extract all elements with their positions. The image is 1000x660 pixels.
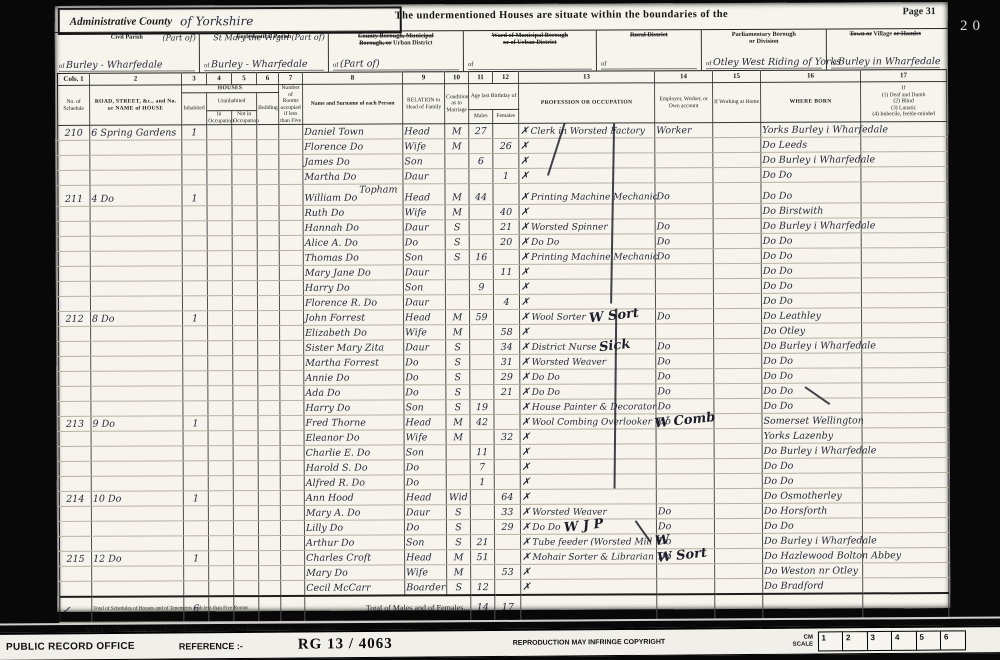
cell-relation: Do	[404, 370, 446, 385]
district-box: Town or Village or Hamletof Burley in Wh…	[827, 29, 944, 70]
cell-relation: Son	[403, 280, 445, 295]
cell-uninhabited-occ	[207, 296, 232, 311]
cell-building	[258, 490, 280, 505]
cell-age-male: 11	[470, 445, 494, 460]
totals-males-females-label: Total of Males and of Females...	[305, 595, 471, 621]
cell-schedule	[59, 506, 91, 521]
cell-at-home	[713, 203, 761, 218]
cell-relation: Head	[403, 124, 445, 139]
cell-relation: Do	[404, 460, 446, 475]
cell-schedule	[59, 431, 91, 446]
cell-uninhabited-notocc	[233, 476, 258, 491]
cell-employer: Do	[656, 354, 714, 369]
cell-uninhabited-notocc	[234, 551, 259, 566]
cell-uninhabited-notocc	[233, 461, 258, 476]
cell-uninhabited-occ	[207, 170, 232, 185]
cell-relation: Do	[404, 475, 446, 490]
cell-employer	[657, 564, 715, 579]
col-header-females: Females	[493, 109, 519, 123]
cm-scale-label: CM SCALE	[793, 635, 813, 648]
cell-where-born: Do Leathley	[762, 308, 862, 323]
cell-schedule	[59, 326, 91, 341]
cell-condition: S	[445, 220, 469, 235]
cell-at-home	[713, 182, 761, 203]
cell-infirmity	[861, 278, 947, 293]
cell-uninhabited-occ	[208, 401, 233, 416]
cell-uninhabited-notocc	[232, 140, 257, 155]
cell-inhabited	[183, 521, 208, 536]
film-frame-number: 20	[960, 18, 985, 35]
cell-where-born: Do Do	[761, 248, 861, 263]
district-label: Parliamentary Boroughor Division	[702, 31, 826, 46]
cell-rooms	[280, 325, 304, 340]
cell-inhabited	[183, 356, 208, 371]
column-number: 5	[231, 73, 256, 85]
district-label: Town or Village or Hamlet	[827, 30, 944, 38]
district-box: Parliamentary Boroughor Divisionof Otley…	[702, 30, 827, 71]
administrative-county-box: Administrative County of Yorkshire	[58, 6, 402, 35]
cell-rooms	[281, 565, 305, 580]
cell-schedule	[59, 521, 91, 536]
cell-employer	[656, 489, 714, 504]
cell-infirmity	[861, 293, 947, 308]
column-number: 3	[181, 73, 206, 85]
cell-uninhabited-occ	[208, 506, 233, 521]
cell-address	[90, 266, 182, 281]
cell-relation: Wife	[405, 565, 447, 580]
cell-name: Alice A. Do	[303, 235, 403, 250]
cell-address	[90, 170, 182, 185]
cell-where-born: Do Do	[761, 233, 861, 248]
cell-uninhabited-notocc	[234, 566, 259, 581]
cell-where-born: Do Weston nr Otley	[763, 563, 863, 578]
cell-building	[258, 445, 280, 460]
cell-schedule	[58, 281, 90, 296]
cell-age-female: 26	[493, 138, 519, 153]
cell-at-home	[714, 368, 762, 383]
cell-age-female: 21	[493, 219, 519, 234]
cell-occupation	[520, 489, 656, 505]
cell-name: Fred Thorne	[304, 415, 404, 430]
boundary-statement: The undermentioned Houses are situate wi…	[395, 9, 765, 22]
cell-inhabited	[183, 431, 208, 446]
cell-where-born: Do Do	[762, 368, 862, 383]
cell-age-female	[494, 399, 520, 414]
cell-address	[92, 566, 184, 581]
cell-at-home	[714, 443, 762, 458]
col-header-schedule: No. of Schedule	[58, 85, 90, 125]
cell-building	[257, 169, 279, 184]
cell-age-male: 42	[470, 415, 494, 430]
cell-address	[92, 581, 184, 597]
cell-occupation	[519, 279, 655, 295]
cell-employer	[655, 138, 713, 153]
cell-occupation: Do Do	[519, 234, 655, 250]
cell-inhabited: 1	[184, 551, 209, 566]
cell-rooms	[279, 265, 303, 280]
district-box: Rural Districtof	[597, 30, 702, 70]
cell-building	[257, 235, 279, 250]
cell-schedule	[59, 386, 91, 401]
cell-name: Florence Do	[303, 139, 403, 154]
cell-where-born: Do Otley	[762, 323, 862, 338]
cell-uninhabited-occ	[208, 311, 233, 326]
cell-at-home	[713, 263, 761, 278]
cell-age-female: 20	[493, 234, 519, 249]
cell-age-female: 33	[494, 504, 520, 519]
cell-where-born: Do Burley i Wharfedale	[762, 533, 862, 548]
cell-inhabited	[183, 326, 208, 341]
cell-occupation	[519, 204, 655, 220]
cell-name: Daniel Town	[303, 124, 403, 139]
cell-age-male	[470, 340, 494, 355]
cell-age-female	[494, 309, 520, 324]
cell-rooms	[280, 340, 304, 355]
cell-at-home	[715, 563, 763, 578]
col-header-not-in-occupation: Not in Occupation	[232, 111, 257, 125]
cell-building	[257, 184, 279, 205]
cell-inhabited	[182, 281, 207, 296]
cell-at-home	[713, 137, 761, 152]
cell-condition	[445, 280, 469, 295]
page-number: Page 31	[903, 6, 936, 17]
cell-age-male	[469, 169, 493, 184]
reference-label: REFERENCE :-	[179, 641, 243, 652]
col-header-males: Males	[469, 110, 493, 124]
cell-occupation	[519, 153, 655, 169]
cell-age-female: 4	[493, 294, 519, 309]
cell-age-female	[494, 459, 520, 474]
cell-schedule	[58, 266, 90, 281]
cell-infirmity	[862, 413, 948, 428]
cell-name: Thomas Do	[303, 250, 403, 265]
cell-occupation: Printing Machine Mechanic	[519, 249, 655, 265]
cell-uninhabited-notocc	[232, 125, 257, 140]
cell-age-female: 29	[494, 519, 520, 534]
cell-at-home	[714, 503, 762, 518]
cell-address	[90, 281, 182, 296]
cell-rooms	[280, 475, 304, 490]
cell-schedule: 211	[58, 185, 90, 206]
cell-inhabited	[182, 206, 207, 221]
cell-name: Arthur Do	[304, 535, 404, 550]
cell-employer: Do	[656, 384, 714, 399]
table-header: Cols. 1234567891011121314151617 No. of S…	[57, 70, 946, 126]
cell-rooms	[280, 490, 304, 505]
cell-uninhabited-notocc	[232, 206, 257, 221]
cell-condition: S	[447, 580, 471, 596]
cell-inhabited	[183, 461, 208, 476]
cell-inhabited	[182, 266, 207, 281]
cell-building	[258, 325, 280, 340]
cell-inhabited	[183, 386, 208, 401]
cell-where-born: Somerset Wellington	[762, 413, 862, 428]
cell-occupation: Worsted Weaver	[520, 354, 656, 370]
cell-relation: Son	[404, 445, 446, 460]
cell-building	[257, 205, 279, 220]
cell-condition: M	[447, 565, 471, 580]
cell-building	[258, 370, 280, 385]
cell-rooms	[279, 124, 303, 139]
cell-condition: M	[445, 139, 469, 154]
column-number: 4	[206, 73, 231, 85]
cell-employer	[655, 153, 713, 168]
cell-schedule: 210	[58, 125, 90, 140]
cell-condition	[445, 169, 469, 184]
cell-inhabited	[184, 566, 209, 581]
cell-address	[91, 341, 183, 356]
cell-uninhabited-occ	[207, 281, 232, 296]
cell-occupation	[520, 324, 656, 340]
cell-at-home	[714, 353, 762, 368]
cell-address: 4 Do	[90, 185, 182, 206]
cell-occupation	[519, 138, 655, 154]
cell-employer: Do	[655, 183, 713, 204]
cell-age-male	[470, 520, 494, 535]
cell-uninhabited-occ	[208, 326, 233, 341]
cell-age-male: 7	[470, 460, 494, 475]
scale-box: 5	[915, 630, 941, 650]
cell-age-female	[495, 549, 521, 564]
cell-building	[258, 340, 280, 355]
cell-condition: S	[446, 370, 470, 385]
cell-rooms	[281, 550, 305, 565]
district-value: of Burley - Wharfedale	[204, 59, 324, 72]
cell-rooms	[280, 310, 304, 325]
cell-relation: Do	[404, 355, 446, 370]
cell-rooms	[280, 460, 304, 475]
cell-relation: Head	[404, 490, 446, 505]
cell-age-male	[470, 370, 494, 385]
district-value: of Otley West Riding of Yorks	[706, 57, 822, 70]
cell-uninhabited-occ	[208, 371, 233, 386]
cell-at-home	[713, 248, 761, 263]
cell-inhabited: 1	[183, 311, 208, 326]
cell-name: Harry Do	[303, 280, 403, 295]
cell-name: Ruth Do	[303, 205, 403, 220]
cell-condition: M	[446, 325, 470, 340]
cell-employer	[656, 429, 714, 444]
cell-name: Charles Croft	[305, 550, 405, 565]
cell-at-home	[713, 152, 761, 167]
column-number: 2	[89, 73, 181, 85]
occupation-annotation: W	[655, 535, 671, 549]
cell-schedule: 212	[59, 311, 91, 326]
cell-relation: Do	[403, 235, 445, 250]
col-header-building: Building	[257, 92, 279, 125]
cell-uninhabited-occ	[209, 566, 234, 581]
cell-where-born: Do Do	[761, 182, 861, 203]
cell-inhabited	[182, 170, 207, 185]
cell-age-male: 21	[470, 535, 494, 550]
col-header-age: Age last Birthday of	[469, 83, 519, 109]
cell-uninhabited-notocc	[233, 491, 258, 506]
occupation-annotation: W J P	[563, 519, 604, 535]
cell-infirmity	[861, 233, 947, 248]
cell-uninhabited-notocc	[233, 431, 258, 446]
cell-employer	[657, 579, 715, 595]
cell-schedule	[58, 170, 90, 185]
cell-address: 6 Spring Gardens	[90, 125, 182, 140]
cell-relation: Daur	[403, 265, 445, 280]
cell-name: Mary Do	[305, 565, 405, 580]
cell-building	[259, 550, 281, 565]
cell-name: Martha Do	[303, 169, 403, 184]
cell-uninhabited-notocc	[234, 581, 259, 597]
district-box: Civil Parish(Part of)of Burley - Wharfed…	[55, 32, 200, 73]
cell-inhabited: 1	[182, 185, 207, 206]
cell-uninhabited-notocc	[232, 236, 257, 251]
cell-age-female: 11	[493, 264, 519, 279]
cell-relation: Daur	[403, 169, 445, 184]
cell-age-female	[494, 474, 520, 489]
cell-relation: Daur	[403, 220, 445, 235]
cell-schedule	[58, 296, 90, 311]
infirmity-items: (1) Deaf and Dumb(2) Blind(3) Lunatic(4)…	[862, 92, 945, 118]
cell-address: 8 Do	[91, 311, 183, 326]
cell-where-born: Do Burley i Wharfedale	[761, 218, 861, 233]
totals-schedules-label: Total of Schedules of Houses and of Tene…	[92, 596, 184, 622]
cell-rooms	[279, 154, 303, 169]
cell-building	[257, 124, 279, 139]
cell-building	[257, 295, 279, 310]
cell-schedule: 215	[60, 551, 92, 566]
cell-rooms	[279, 280, 303, 295]
cell-rooms	[280, 400, 304, 415]
cell-name: Martha Forrest	[304, 355, 404, 370]
cell-building	[258, 400, 280, 415]
cell-uninhabited-notocc	[233, 446, 258, 461]
cell-address	[90, 155, 182, 170]
cell-relation: Boarder	[405, 580, 447, 596]
cell-where-born: Do Do	[762, 458, 862, 473]
cell-where-born: Do Do	[761, 263, 861, 278]
cell-age-male: 19	[470, 400, 494, 415]
cell-age-female: 34	[494, 339, 520, 354]
cell-rooms	[279, 250, 303, 265]
cell-schedule	[59, 356, 91, 371]
col-header-road: ROAD, STREET, &c., and No. or NAME of HO…	[90, 85, 182, 125]
cell-building	[258, 430, 280, 445]
scale-box: 3	[866, 630, 892, 650]
cell-inhabited	[183, 341, 208, 356]
cell-employer: Do	[656, 339, 714, 354]
cell-uninhabited-occ	[208, 476, 233, 491]
cell-at-home	[714, 323, 762, 338]
cell-rooms	[280, 505, 304, 520]
cell-uninhabited-occ	[207, 155, 232, 170]
cell-employer: Do	[655, 249, 713, 264]
cell-uninhabited-occ	[208, 431, 233, 446]
cell-inhabited	[182, 296, 207, 311]
cell-age-male	[469, 139, 493, 154]
cell-condition: Wid	[446, 490, 470, 505]
cell-address	[90, 236, 182, 251]
cell-uninhabited-occ	[209, 581, 234, 597]
cell-inhabited	[182, 251, 207, 266]
cell-infirmity	[861, 137, 947, 152]
cell-schedule	[59, 461, 91, 476]
cell-condition: S	[446, 355, 470, 370]
cell-uninhabited-occ	[208, 491, 233, 506]
cell-inhabited	[183, 401, 208, 416]
cell-occupation: Wool Combing OverlookerW Comb	[520, 414, 656, 430]
cell-inhabited: 1	[182, 125, 207, 140]
cell-building	[257, 154, 279, 169]
col-header-relation: RELATION to Head of Family	[403, 84, 445, 124]
cell-schedule	[59, 536, 91, 551]
cell-address	[91, 431, 183, 446]
cell-building	[258, 385, 280, 400]
cell-address: 9 Do	[91, 416, 183, 431]
reference-number: RG 13 / 4063	[298, 636, 393, 654]
cell-schedule	[59, 476, 91, 491]
cell-age-female: 58	[494, 324, 520, 339]
cell-relation: Wife	[404, 325, 446, 340]
cell-infirmity	[863, 563, 949, 578]
cell-building	[258, 415, 280, 430]
col-header-rooms: Number of Rooms occupied if less than Fi…	[279, 84, 303, 124]
cell-uninhabited-occ	[208, 446, 233, 461]
cell-employer	[656, 444, 714, 459]
cell-uninhabited-notocc	[233, 326, 258, 341]
cell-uninhabited-notocc	[232, 185, 257, 206]
cell-name: Cecil McCarr	[305, 580, 405, 596]
cell-building	[258, 310, 280, 325]
district-value: of	[601, 57, 697, 69]
cell-relation: Son	[403, 154, 445, 169]
cell-schedule	[58, 206, 90, 221]
cell-uninhabited-occ	[208, 416, 233, 431]
top-header-band: Administrative County of Yorkshire The u…	[55, 2, 948, 32]
cell-at-home	[713, 218, 761, 233]
cell-at-home	[713, 167, 761, 182]
cell-uninhabited-notocc	[232, 296, 257, 311]
cell-name: Elizabeth Do	[304, 325, 404, 340]
cell-occupation	[519, 264, 655, 280]
cell-infirmity	[862, 323, 948, 338]
cell-occupation: Wool SorterW Sort	[520, 309, 656, 325]
cell-age-male	[471, 565, 495, 580]
census-page-scan: Administrative County of Yorkshire The u…	[55, 2, 951, 612]
column-number: 14	[654, 71, 712, 83]
column-number: 7	[278, 72, 302, 84]
cell-at-home	[714, 428, 762, 443]
cell-uninhabited-occ	[208, 386, 233, 401]
cell-occupation	[520, 474, 656, 490]
cell-address	[91, 446, 183, 461]
cell-uninhabited-occ	[207, 236, 232, 251]
cell-rooms	[279, 139, 303, 154]
column-number: 8	[302, 72, 402, 84]
census-rows: 2106 Spring Gardens1Daniel TownHeadM27Cl…	[58, 122, 949, 597]
cell-age-male	[469, 220, 493, 235]
cell-building	[259, 580, 281, 596]
cell-condition: M	[445, 124, 469, 139]
cell-employer	[656, 459, 714, 474]
cell-name: Ada Do	[304, 385, 404, 400]
cell-age-female	[494, 534, 520, 549]
cell-employer: Do	[656, 309, 714, 324]
cell-occupation: District NurseSick	[520, 339, 656, 355]
cell-occupation	[520, 459, 656, 475]
cell-age-male	[470, 325, 494, 340]
cell-inhabited	[184, 581, 209, 597]
cell-employer: Do	[656, 369, 714, 384]
cell-infirmity	[862, 473, 948, 488]
cell-relation: Head	[405, 550, 447, 565]
cell-employer	[655, 294, 713, 309]
